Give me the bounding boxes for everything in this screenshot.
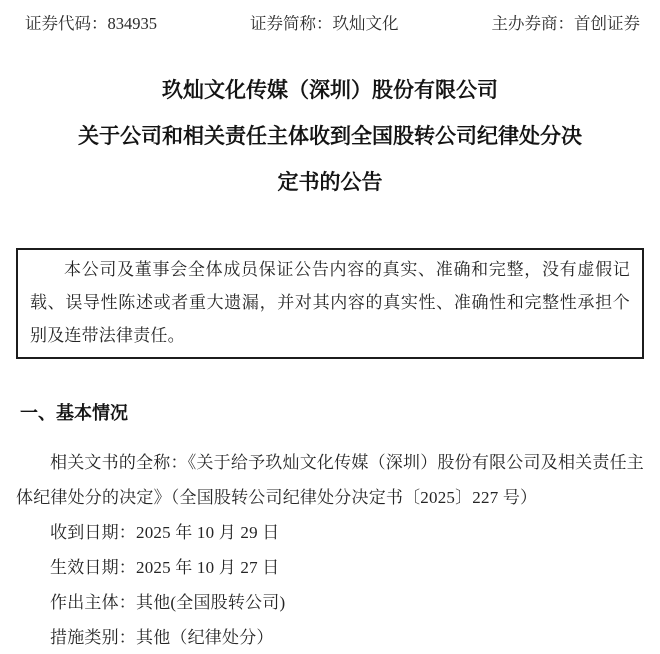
- field-issuing-body: 作出主体：其他(全国股转公司): [16, 585, 644, 620]
- disclaimer-box: 本公司及董事会全体成员保证公告内容的真实、准确和完整，没有虚假记载、误导性陈述或…: [16, 248, 644, 359]
- related-document-fullname: 相关文书的全称：《关于给予玖灿文化传媒（深圳）股份有限公司及相关责任主体纪律处分…: [16, 445, 644, 515]
- document-title: 玖灿文化传媒（深圳）股份有限公司 关于公司和相关责任主体收到全国股转公司纪律处分…: [16, 78, 644, 196]
- sponsor-broker-value: 首创证券: [574, 14, 640, 33]
- document-title-line-1: 玖灿文化传媒（深圳）股份有限公司: [16, 78, 644, 104]
- announcement-document: 证券代码：834935 证券简称：玖灿文化 主办券商：首创证券 玖灿文化传媒（深…: [0, 0, 660, 654]
- field-issuing-body-label: 作出主体：: [50, 593, 136, 612]
- field-effective-date-label: 生效日期：: [50, 558, 136, 577]
- sponsor-broker: 主办券商：首创证券: [492, 14, 641, 34]
- field-issuing-body-value: 其他(全国股转公司): [136, 593, 285, 612]
- stock-name-label: 证券简称：: [250, 14, 333, 33]
- section-basic-info-body: 相关文书的全称：《关于给予玖灿文化传媒（深圳）股份有限公司及相关责任主体纪律处分…: [16, 445, 644, 654]
- field-measure-category-value: 其他（纪律处分）: [136, 628, 274, 647]
- field-measure-category-label: 措施类别：: [50, 628, 136, 647]
- stock-code-label: 证券代码：: [25, 14, 108, 33]
- stock-code-value: 834935: [108, 14, 158, 33]
- field-received-date: 收到日期：2025 年 10 月 29 日: [16, 515, 644, 550]
- field-received-date-label: 收到日期：: [50, 523, 136, 542]
- field-effective-date-value: 2025 年 10 月 27 日: [136, 558, 279, 577]
- disclaimer-text: 本公司及董事会全体成员保证公告内容的真实、准确和完整，没有虚假记载、误导性陈述或…: [30, 253, 630, 352]
- field-received-date-value: 2025 年 10 月 29 日: [136, 523, 279, 542]
- document-title-line-2: 关于公司和相关责任主体收到全国股转公司纪律处分决: [16, 124, 644, 150]
- stock-name: 证券简称：玖灿文化: [250, 14, 399, 34]
- document-title-line-3: 定书的公告: [16, 170, 644, 196]
- sponsor-broker-label: 主办券商：: [492, 14, 575, 33]
- stock-name-value: 玖灿文化: [333, 14, 399, 33]
- field-measure-category: 措施类别：其他（纪律处分）: [16, 620, 644, 654]
- field-effective-date: 生效日期：2025 年 10 月 27 日: [16, 550, 644, 585]
- stock-code: 证券代码：834935: [25, 14, 157, 34]
- section-heading-basic-info: 一、基本情况: [16, 401, 644, 425]
- security-info-header: 证券代码：834935 证券简称：玖灿文化 主办券商：首创证券: [16, 14, 644, 34]
